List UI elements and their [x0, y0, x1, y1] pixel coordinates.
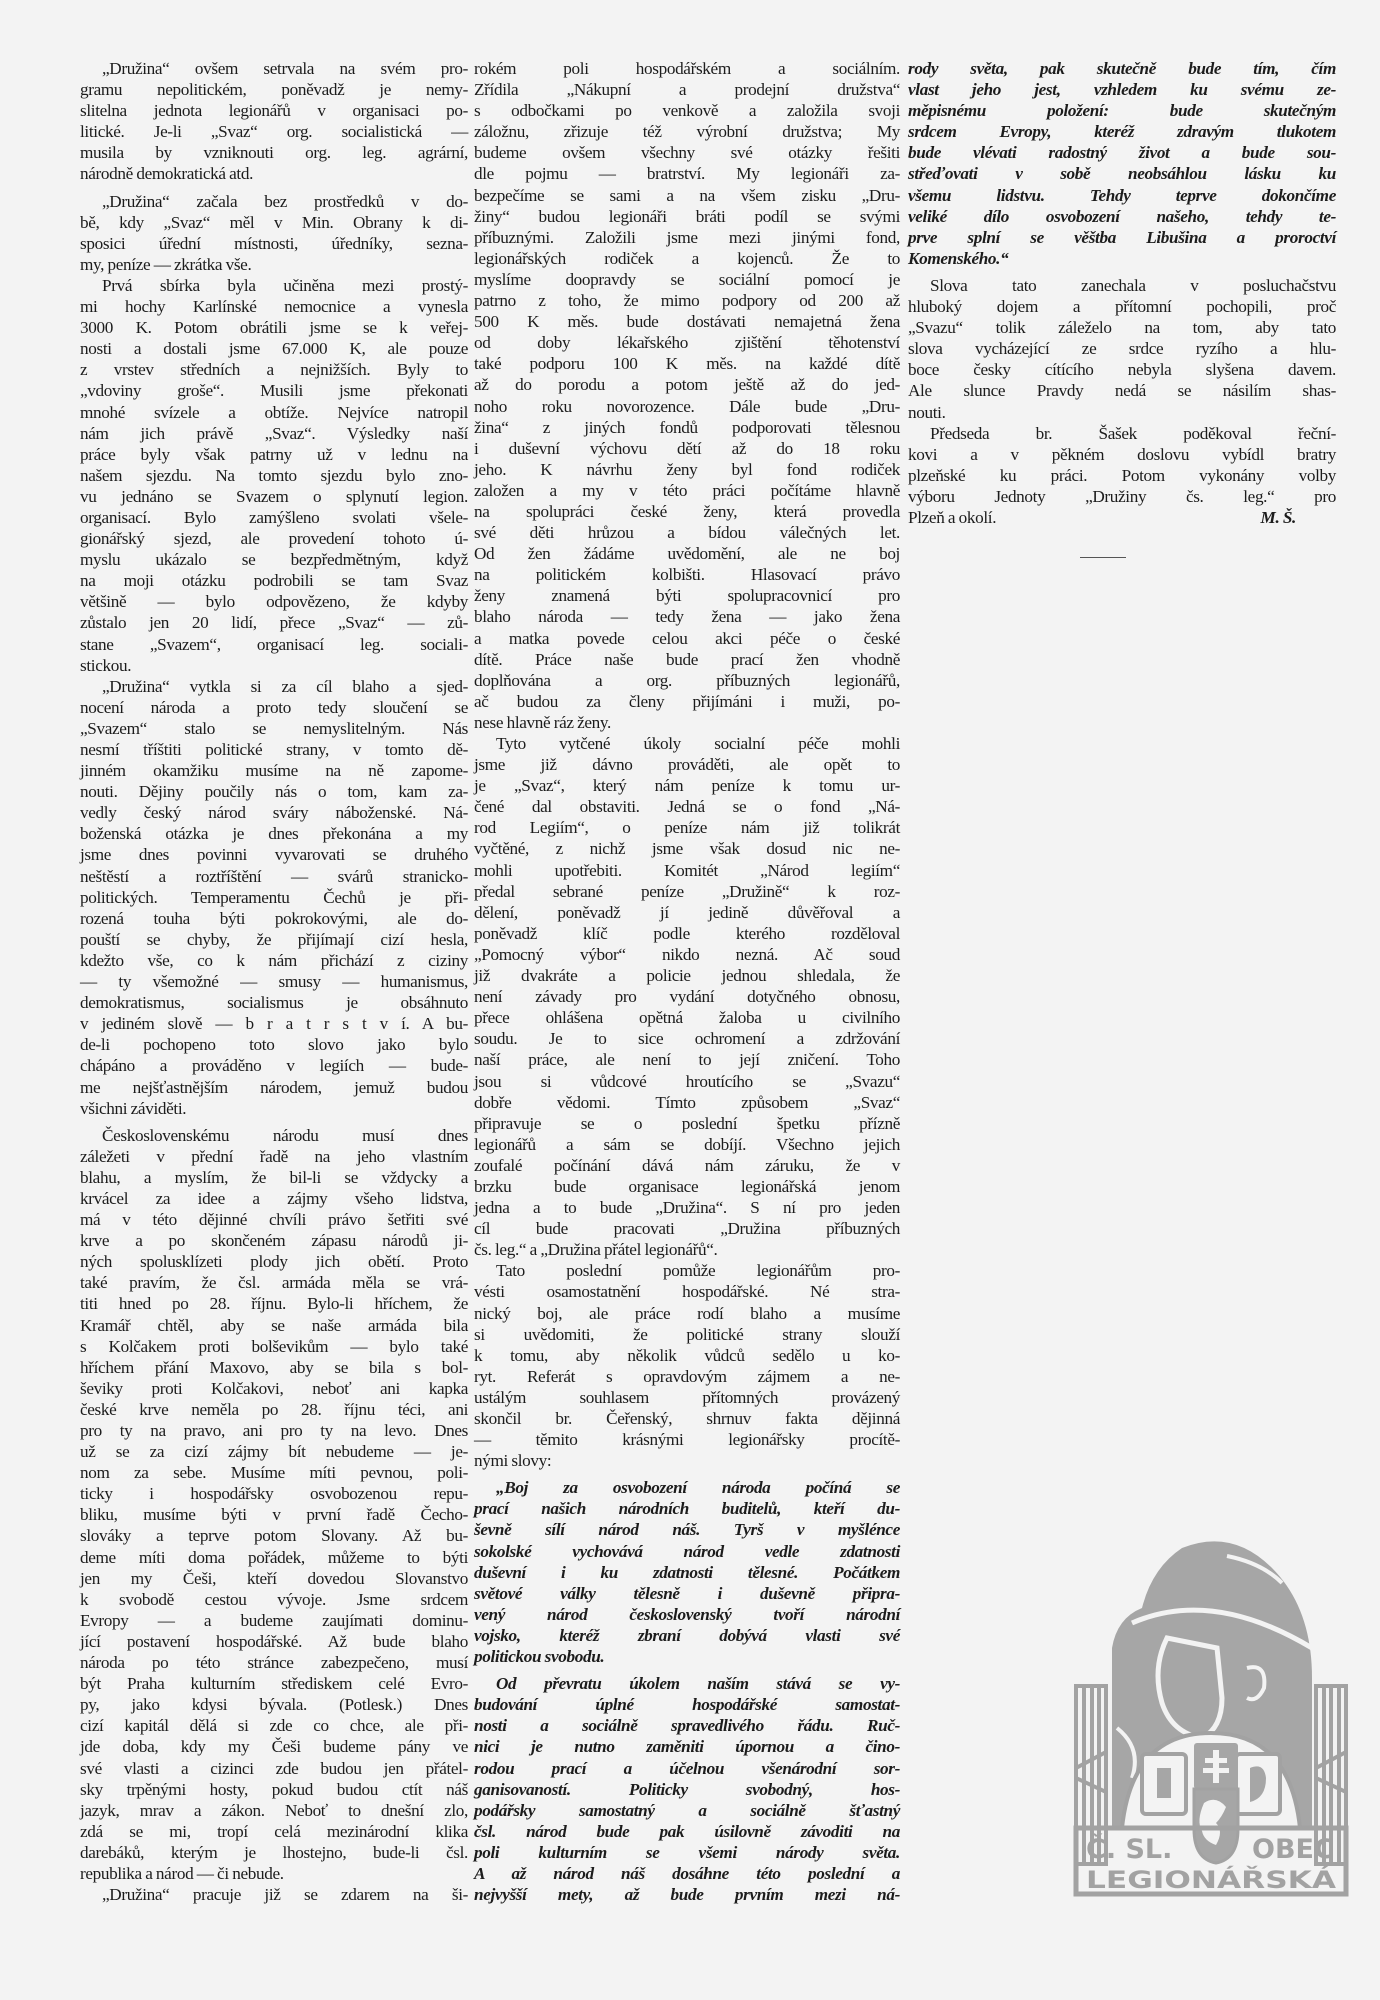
text-line: vu jednáno se Svazem o splynutí legion. — [80, 486, 468, 507]
text-line: dle pojmu — bratrství. My legionáři za- — [474, 163, 900, 184]
text-line: jen my Češi, kteří dovedou Slovanstvo — [80, 1568, 468, 1589]
text-line: myslíme doopravdy se sociální pomocí je — [474, 269, 900, 290]
text-line: založen a my v této práci počítáme hlavn… — [474, 480, 900, 501]
text-line: musila by vzniknouti org. leg. agrární, — [80, 142, 468, 163]
text-line: budeme ovšem všechny své otázky řešiti — [474, 142, 900, 163]
text-line: už se za cizí zájmy bít nebudeme — je- — [80, 1441, 468, 1462]
logo-text-obec: OBEC — [1252, 1834, 1334, 1865]
text-line: Tato poslední pomůže legionářům pro- — [474, 1260, 900, 1281]
text-line: hříchem přání Maxovo, aby se bila s bol- — [80, 1357, 468, 1378]
text-line: soudu. Je to sice ochromení a zdržování — [474, 1028, 900, 1049]
text-line: rokém poli hospodářském a sociálním. — [474, 58, 900, 79]
text-line: republika a národ — či nebude. — [80, 1863, 468, 1884]
text-line: není závady pro vydání dotyčného obnosu, — [474, 986, 900, 1007]
text-line: na spolupráci české ženy, která provedla — [474, 501, 900, 522]
text-line: žiny“ budou legionáři bráti podíl se svý… — [474, 206, 900, 227]
text-line: čs. leg.“ a „Družina přátel legionářů“. — [474, 1239, 900, 1260]
text-line: má v této dějinné chvíli právo šetřiti s… — [80, 1209, 468, 1230]
text-line: nický boj, ale práce rodí blaho a musíme — [474, 1303, 900, 1324]
text-line: vený národ československý tvoří národní — [474, 1604, 900, 1625]
text-line: všemu lidstvu. Tehdy teprve dokončíme — [908, 185, 1336, 206]
text-line: pouští se chyby, že přijímají cizí hesla… — [80, 929, 468, 950]
text-line: poněvadž klíč podle kterého rozděloval — [474, 923, 900, 944]
text-line: nosti a dostali jsme 67.000 K, ale pouze — [80, 338, 468, 359]
text-line: chápáno a prováděno v legiích — bude- — [80, 1055, 468, 1076]
text-line: darebáků, kterým je lhostejno, bude-li č… — [80, 1842, 468, 1863]
text-line: prací našich národních buditelů, kteří d… — [474, 1498, 900, 1519]
text-line: vedly český národ sváry náboženské. Ná- — [80, 802, 468, 823]
text-line: i duševní výchovu dětí až do 18 roku — [474, 438, 900, 459]
logo-text-legionarska: LEGIONÁŘSKÁ — [1086, 1865, 1337, 1894]
end-of-article-rule — [1080, 557, 1126, 558]
text-line: české krve neměla po 28. říjnu téci, ani — [80, 1399, 468, 1420]
text-line: jsme již dávno prováděti, ale opět to — [474, 754, 900, 775]
text-line: vojsko, kteréž zbraní dobývá vlasti své — [474, 1625, 900, 1646]
text-line: sokolské vychovává národ vedle zdatnosti — [474, 1541, 900, 1562]
text-line: jinném okamžiku musíme na ně zapome- — [80, 760, 468, 781]
text-line: bě, kdy „Svaz“ měl v Min. Obrany k di- — [80, 212, 468, 233]
text-line: vésti osamostatnění hospodářské. Né stra… — [474, 1281, 900, 1302]
text-line: brzku bude organisace legionářská jenom — [474, 1176, 900, 1197]
text-line: krvácel za idee a zájmy všeho lidstva, — [80, 1188, 468, 1209]
text-line: bezpečíme se sami a na všem zisku „Dru- — [474, 185, 900, 206]
text-line: své děti hrůzou a bídou válečných let. — [474, 522, 900, 543]
text-line: své vlasti a cizinci zde budou jen přáte… — [80, 1758, 468, 1779]
text-line: záležeti v přední řadě na jeho vlastním — [80, 1146, 468, 1167]
closing-row: Plzeň a okolí.M. Š. — [908, 507, 1336, 528]
text-line: pro ty na pravo, ani pro ty na levo. Dne… — [80, 1420, 468, 1441]
text-line: sposici úřední místnosti, úředníky, sezn… — [80, 233, 468, 254]
text-line: národa po této stránce zabezpečeno, musí — [80, 1652, 468, 1673]
text-line: „Družina“ ovšem setrvala na svém pro- — [80, 58, 468, 79]
text-line: čsl. národ bude pak úsilovně závoditi na — [474, 1821, 900, 1842]
text-line: organisací. Bylo zamýšleno svolati všele… — [80, 507, 468, 528]
text-line: mi hochy Karlínské nemocnice a vynesla — [80, 296, 468, 317]
text-line: dítě. Práce naše bude prací žen vhodně — [474, 649, 900, 670]
text-line: Ale slunce Pravdy nedá se násilím shas- — [908, 380, 1336, 401]
text-line: nici je nutno zaměniti úpornou a čino- — [474, 1736, 900, 1757]
text-line: jazyk, mrav a zákon. Neboť to dnešní zlo… — [80, 1800, 468, 1821]
text-line: nými slovy: — [474, 1450, 900, 1471]
text-line: čené dal obstaviti. Jedná se o fond „Ná- — [474, 796, 900, 817]
text-line: nám jich právě „Svaz“. Výsledky naší — [80, 423, 468, 444]
text-line: „vdoviny groše“. Musili jsme překonati — [80, 380, 468, 401]
text-line: srdcem Evropy, kteréž zdravým tlukotem — [908, 121, 1336, 142]
text-line: podářsky samostatný a sociálně šťastný — [474, 1800, 900, 1821]
text-line: mnohé svízele a obtíže. Nejvíce natropil — [80, 402, 468, 423]
text-line: neštěstí a roztříštění — svárů stranicko… — [80, 866, 468, 887]
text-line: naší práce, ale není to její zničení. To… — [474, 1049, 900, 1070]
text-line: jící postavení hospodářské. Až bude blah… — [80, 1631, 468, 1652]
text-line: rodou prací a účelnou všenárodní sor- — [474, 1758, 900, 1779]
text-line: hluboký dojem a přítomní pochopili, proč — [908, 296, 1336, 317]
text-line: od doby lékařského zjištění těhotenství — [474, 332, 900, 353]
text-line: plzeňské ku práci. Potom vykonány volby — [908, 465, 1336, 486]
text-line: ných spolusklízeti plody jich obětí. Pro… — [80, 1251, 468, 1272]
text-line: duševní i ku zdatnosti tělesné. Počátkem — [474, 1562, 900, 1583]
text-line: slova vycházející ze srdce ryzího a hlu- — [908, 338, 1336, 359]
text-line: zoufalé počínání dává nám záruku, že v — [474, 1155, 900, 1176]
text-line: ač budou za členy přijímáni i muži, po- — [474, 691, 900, 712]
text-line: nese hlavně ráz ženy. — [474, 712, 900, 733]
article-column-middle: rokém poli hospodářském a sociálním.Zříd… — [474, 58, 900, 1905]
text-line: „Svazem“ stalo se nemyslitelným. Nás — [80, 718, 468, 739]
text-line: střeďovati v sobě neobsáhlou lásku ku — [908, 163, 1336, 184]
text-line: demokratismus, socialismus je obsáhnuto — [80, 992, 468, 1013]
text-line: nejvyšší mety, až bude prvním mezi ná- — [474, 1884, 900, 1905]
text-line: výboru Jednoty „Družiny čs. leg.“ pro — [908, 486, 1336, 507]
text-line: gionářský sjezd, ale provedení tohoto ú- — [80, 528, 468, 549]
text-line: Evropy — a budeme zaujímati dominu- — [80, 1610, 468, 1631]
text-line: již dvakráte a policie jednou shledala, … — [474, 965, 900, 986]
text-line: předal sebrané peníze „Družině“ k roz- — [474, 881, 900, 902]
text-line: si uvědomiti, že politické strany slouží — [474, 1324, 900, 1345]
text-line: sky trpěnými hosty, pokud budou ctít náš — [80, 1779, 468, 1800]
text-line: v jediném slově — b r a t r s t v í. A b… — [80, 1013, 468, 1034]
text-line: k tomu, aby několik vůdců sedělo u ko- — [474, 1345, 900, 1366]
text-line: doplňována a org. příbuzných legionářů, — [474, 670, 900, 691]
text-line: přece ohlášena opětná žaloba u civilního — [474, 1007, 900, 1028]
text-line: rozená touha býti pokrokovými, ale do- — [80, 908, 468, 929]
text-line: Od převratu úkolem naším stává se vy- — [474, 1673, 900, 1694]
text-line: zůstalo jen 20 lidí, přece „Svaz“ — zů- — [80, 612, 468, 633]
text-line: boženská otázka je dnes překonána a my — [80, 823, 468, 844]
text-line: mohli upotřebiti. Komitét „Národ legiím“ — [474, 860, 900, 881]
text-line: blahu, a myslím, že bil-li se vždycky a — [80, 1167, 468, 1188]
text-line: rod Legiím“, o peníze nám již tolikrát — [474, 817, 900, 838]
text-line: „Pomocný výbor“ nikdo nezná. Ač soud — [474, 944, 900, 965]
text-line: našem sjezdu. Na tomto sjezdu bylo zno- — [80, 465, 468, 486]
closing-text: Plzeň a okolí. — [908, 507, 996, 528]
text-line: také pravím, že čsl. armáda měla se vrá- — [80, 1272, 468, 1293]
text-line: s Kolčakem proti bolševikům — bylo také — [80, 1336, 468, 1357]
text-line: Od žen žádáme uvědomění, ale ne boj — [474, 543, 900, 564]
text-line: práce byly však patrny už v lednu na — [80, 444, 468, 465]
text-line: py, jako kdysi bývala. (Potlesk.) Dnes — [80, 1694, 468, 1715]
text-line: příbuznými. Založili jsme mezi jinými fo… — [474, 227, 900, 248]
text-line: slováky a teprve potom Slovany. Až bu- — [80, 1525, 468, 1546]
text-line: nom za sebe. Musíme míti pevnou, poli- — [80, 1462, 468, 1483]
text-line: žina“ z jiných fondů podporovati tělesno… — [474, 417, 900, 438]
text-line: cíl bude pracovati „Družina příbuzných — [474, 1218, 900, 1239]
text-line: skončil br. Čeřenský, shrnuv fakta dějin… — [474, 1408, 900, 1429]
text-line: deme míti doma pořádek, můžeme to býti — [80, 1547, 468, 1568]
text-line: Tyto vytčené úkoly socialní péče mohli — [474, 733, 900, 754]
text-line: být Praha kulturním střediskem celé Evro… — [80, 1673, 468, 1694]
text-line: ryt. Referát s opravdovým zájmem a ne- — [474, 1366, 900, 1387]
text-line: ustálým souhlasem přítomných provázený — [474, 1387, 900, 1408]
text-line: Zřídila „Nákupní a prodejní družstva“ — [474, 79, 900, 100]
text-line: titi hned po 28. říjnu. Bylo-li hříchem,… — [80, 1293, 468, 1314]
logo-text-csl: Č. SL. — [1086, 1833, 1172, 1865]
text-line: vlast jeho jest, vzhledem ku svému ze- — [908, 79, 1336, 100]
text-line: jsme dnes povinni vyvarovati se druhého — [80, 844, 468, 865]
text-line: poli kulturním se všemi národy světa. — [474, 1842, 900, 1863]
text-line: my, peníze — zkrátka vše. — [80, 254, 468, 275]
text-line: Prvá sbírka byla učiněna mezi prostý- — [80, 275, 468, 296]
text-line: všichni záviděti. — [80, 1098, 468, 1119]
text-line: ženy znamená býti spolupracovnicí pro — [474, 585, 900, 606]
text-line: je „Svaz“, který nám peníze k tomu ur- — [474, 775, 900, 796]
text-line: politických. Temperamentu Čechů je při- — [80, 887, 468, 908]
text-line: jedna a to bude „Družina“. S ní pro jede… — [474, 1197, 900, 1218]
text-line: nesmí tříštiti politické strany, v tomto… — [80, 739, 468, 760]
text-line: krve a po skončeném zápasu národů ji- — [80, 1230, 468, 1251]
text-line: noho roku novorozence. Dále bude „Dru- — [474, 396, 900, 417]
text-line: 500 K měs. bude dostávati nemajetná žena — [474, 311, 900, 332]
text-line: dobře vědomi. Tímto způsobem „Svaz“ — [474, 1092, 900, 1113]
text-line: ševně sílí národ náš. Tyrš v myšlénce — [474, 1519, 900, 1540]
text-line: prve splní se věštba Libušina a proroctv… — [908, 227, 1336, 248]
text-line: patrno z toho, že mimo podpory od 200 až — [474, 290, 900, 311]
text-line: stickou. — [80, 655, 468, 676]
text-line: až do porodu a potom ještě až do jed- — [474, 374, 900, 395]
text-line: blaho národa — tedy žena — jako žena — [474, 606, 900, 627]
text-line: Komenského.“ — [908, 248, 1336, 269]
text-line: nocení národa a proto tedy sloučení se — [80, 697, 468, 718]
text-line: záložnu, zřizuje též výrobní družstva; M… — [474, 121, 900, 142]
text-line: národně demokratická atd. — [80, 163, 468, 184]
text-line: rody světa, pak skutečně bude tím, čím — [908, 58, 1336, 79]
text-line: a matka povede celou akci péče o české — [474, 628, 900, 649]
text-line: kovi a v pěkném doslovu vybídl bratry — [908, 444, 1336, 465]
text-line: „Boj za osvobození národa počíná se — [474, 1477, 900, 1498]
text-line: „Svazu“ tolik záleželo na tom, aby tato — [908, 317, 1336, 338]
text-line: jde doba, kdy my Češi budeme pány ve — [80, 1736, 468, 1757]
text-line: na moji otázku podrobili se tam Svaz — [80, 570, 468, 591]
text-line: me nejšťastnějším národem, jemuž budou — [80, 1077, 468, 1098]
article-column-left: „Družina“ ovšem setrvala na svém pro-gra… — [80, 58, 468, 1905]
text-line: Slova tato zanechala v posluchačstvu — [908, 275, 1336, 296]
article-column-right: rody světa, pak skutečně bude tím, čímvl… — [908, 58, 1336, 528]
text-line: budování úplné hospodářské samostat- — [474, 1694, 900, 1715]
text-line: A až národ náš dosáhne této poslední a — [474, 1863, 900, 1884]
text-line: „Družina“ vytkla si za cíl blaho a sjed- — [80, 676, 468, 697]
text-line: jeho. K návrhu ženy byl fond rodiček — [474, 459, 900, 480]
text-line: jsou si vůdcové hroutícího se „Svazu“ — [474, 1071, 900, 1092]
text-line: bliku, musíme býti v první řadě Čecho- — [80, 1504, 468, 1525]
text-line: připravuje se o poslední špetku přízně — [474, 1113, 900, 1134]
text-line: slitelna jednota legionářů v organisaci … — [80, 100, 468, 121]
text-line: nosti a sociálně spravedlivého řádu. Ruč… — [474, 1715, 900, 1736]
text-line: vyčtěné, z nichž jsme však dosud nic ne- — [474, 838, 900, 859]
text-line: — těmito krásnými legionářsky procítě- — [474, 1429, 900, 1450]
text-line: „Družina“ začala bez prostředků v do- — [80, 191, 468, 212]
text-line: politickou svobodu. — [474, 1646, 900, 1667]
text-line: měpisnému položení: bude skutečným — [908, 100, 1336, 121]
text-line: s odbočkami po venkově a založila svoji — [474, 100, 900, 121]
text-line: legionářů a sám se dobíjí. Všechno jejic… — [474, 1134, 900, 1155]
text-line: kdežto vše, co k nám přichází z ciziny — [80, 950, 468, 971]
text-line: na politickém kolbišti. Hlasovací právo — [474, 564, 900, 585]
text-line: myslu ukázalo se bezpředmětným, když — [80, 549, 468, 570]
legion-logo-icon: Č. SL. OBEC LEGIONÁŘSKÁ — [1072, 1528, 1350, 1898]
text-line: — ty všemožné — smusy — humanismus, — [80, 971, 468, 992]
text-line: světové války tělesně i duševně připra- — [474, 1583, 900, 1604]
text-line: Kramář chtěl, aby se naše armáda bila — [80, 1315, 468, 1336]
text-line: zdá se mi, tropí celá mezinárodní klika — [80, 1821, 468, 1842]
text-line: k svobodě cestou vývoje. Jsme srdcem — [80, 1589, 468, 1610]
closing-line: Plzeň a okolí.M. Š. — [908, 507, 1336, 528]
text-line: také podporu 100 K měs. na každé dítě — [474, 353, 900, 374]
text-line: veliké dílo osvobození našeho, tehdy te- — [908, 206, 1336, 227]
text-line: legionářských rodiček a kojenců. Že to — [474, 248, 900, 269]
newspaper-page: „Družina“ ovšem setrvala na svém pro-gra… — [0, 0, 1380, 2000]
text-line: ticky i hospodářsky osvobozenou repu- — [80, 1483, 468, 1504]
text-line: většině — bylo odpovězeno, že kdyby — [80, 591, 468, 612]
text-line: Československému národu musí dnes — [80, 1125, 468, 1146]
text-line: ševiky proti Kolčakovi, neboť ani kapka — [80, 1378, 468, 1399]
text-line: stane „Svazem“, organisací leg. sociali- — [80, 634, 468, 655]
author-signature: M. Š. — [1261, 507, 1336, 528]
text-line: gramu nepolitickém, poněvadž je nemy- — [80, 79, 468, 100]
text-line: nouti. Dějiny poučily nás o tom, kam za- — [80, 781, 468, 802]
text-line: Předseda br. Šašek poděkoval řeční- — [908, 423, 1336, 444]
text-line: boce česky cítícího nebyla slyšena davem… — [908, 359, 1336, 380]
text-line: 3000 K. Potom obrátili jsme se k veřej- — [80, 317, 468, 338]
text-line: litické. Je-li „Svaz“ org. socialistická… — [80, 121, 468, 142]
text-line: bude vlévati radostný život a bude sou- — [908, 142, 1336, 163]
text-line: nouti. — [908, 402, 1336, 423]
text-line: dělení, poněvadž jí jedině důvěřoval a — [474, 902, 900, 923]
text-line: de-li pochopeno toto slovo jako bylo — [80, 1034, 468, 1055]
text-line: z vrstev středních a nejnižších. Byly to — [80, 359, 468, 380]
text-line: cizí kapitál dělá si zde co chce, ale př… — [80, 1715, 468, 1736]
text-line: „Družina“ pracuje již se zdarem na ši- — [80, 1884, 468, 1905]
text-line: ganisovaností. Politicky svobodný, hos- — [474, 1779, 900, 1800]
